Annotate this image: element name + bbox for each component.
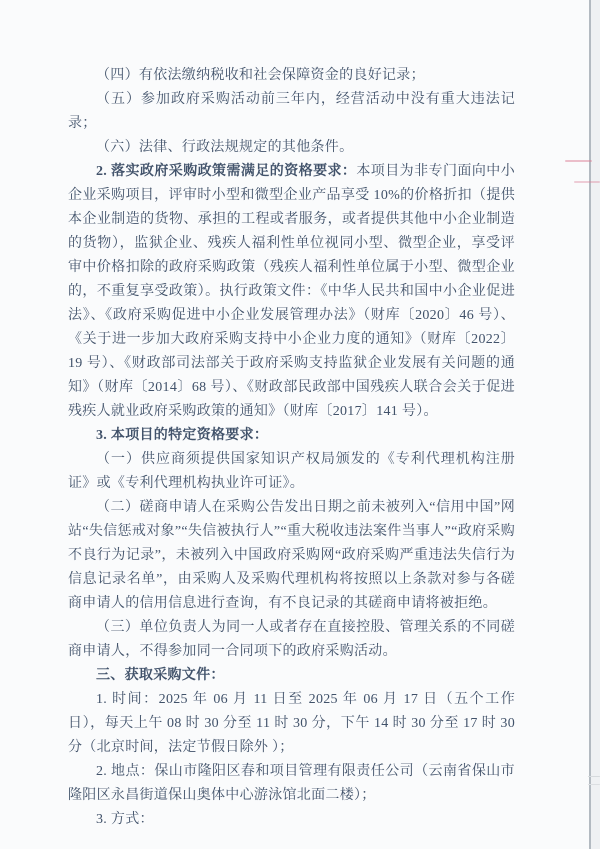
scan-artifact-line [588,776,600,777]
paragraph: （一）供应商须提供国家知识产权局颁发的《专利代理机构注册证》或《专利代理机构执业… [68,448,515,496]
paragraph-lead: 3. 本项目的特定资格要求： [96,428,268,443]
paragraph-text: 2. 地点：保山市隆阳区春和项目管理有限责任公司（云南省保山市隆阳区永昌街道保山… [68,764,515,803]
paragraph: 3. 方式： [68,808,515,832]
paragraph-text: 本项目为非专门面向中小企业采购项目，评审时小型和微型企业产品享受 10%的价格折… [68,164,515,419]
paragraph: 2. 地点：保山市隆阳区春和项目管理有限责任公司（云南省保山市隆阳区永昌街道保山… [68,760,515,808]
paragraph: 3. 本项目的特定资格要求： [68,424,515,448]
paragraph: （三）单位负责人为同一人或者存在直接控股、管理关系的不同磋商申请人，不得参加同一… [68,616,515,664]
paragraph-text: （二）磋商申请人在采购公告发出日期之前未被列入“信用中国”网站“失信惩戒对象”“… [68,500,515,611]
paragraph-text: （四）有依法缴纳税收和社会保障资金的良好记录； [96,68,425,83]
paragraph: （二）磋商申请人在采购公告发出日期之前未被列入“信用中国”网站“失信惩戒对象”“… [68,496,515,616]
paper-edge-line [589,0,591,849]
paragraph: 1. 时间：2025 年 06 月 11 日至 2025 年 06 月 17 日… [68,688,515,760]
paragraph: （六）法律、行政法规规定的其他条件。 [68,136,515,160]
paragraph: 2. 落实政府采购政策需满足的资格要求：本项目为非专门面向中小企业采购项目，评审… [68,160,515,424]
paragraph-text: （六）法律、行政法规规定的其他条件。 [96,140,353,155]
paragraph: （五）参加政府采购活动前三年内，经营活动中没有重大违法记录； [68,88,515,136]
paragraph-lead: 2. 落实政府采购政策需满足的资格要求： [96,164,356,179]
paragraph-text: （五）参加政府采购活动前三年内，经营活动中没有重大违法记录； [68,92,515,131]
scanned-page-stage: （四）有依法缴纳税收和社会保障资金的良好记录；（五）参加政府采购活动前三年内，经… [0,0,600,849]
paragraph: 三、获取采购文件： [68,664,515,688]
paragraph: （四）有依法缴纳税收和社会保障资金的良好记录； [68,64,515,88]
scan-artifact-line [588,784,600,785]
paragraph-text: 1. 时间：2025 年 06 月 11 日至 2025 年 06 月 17 日… [68,692,515,755]
scan-artifact-pink-mark [574,181,600,183]
document-body: （四）有依法缴纳税收和社会保障资金的良好记录；（五）参加政府采购活动前三年内，经… [68,64,515,832]
paragraph-text: （三）单位负责人为同一人或者存在直接控股、管理关系的不同磋商申请人，不得参加同一… [68,620,515,659]
scan-artifact-pink-mark [565,160,592,162]
paragraph-lead: 三、获取采购文件： [96,668,225,683]
paragraph-text: 3. 方式： [96,812,154,827]
paragraph-text: （一）供应商须提供国家知识产权局颁发的《专利代理机构注册证》或《专利代理机构执业… [68,452,515,491]
